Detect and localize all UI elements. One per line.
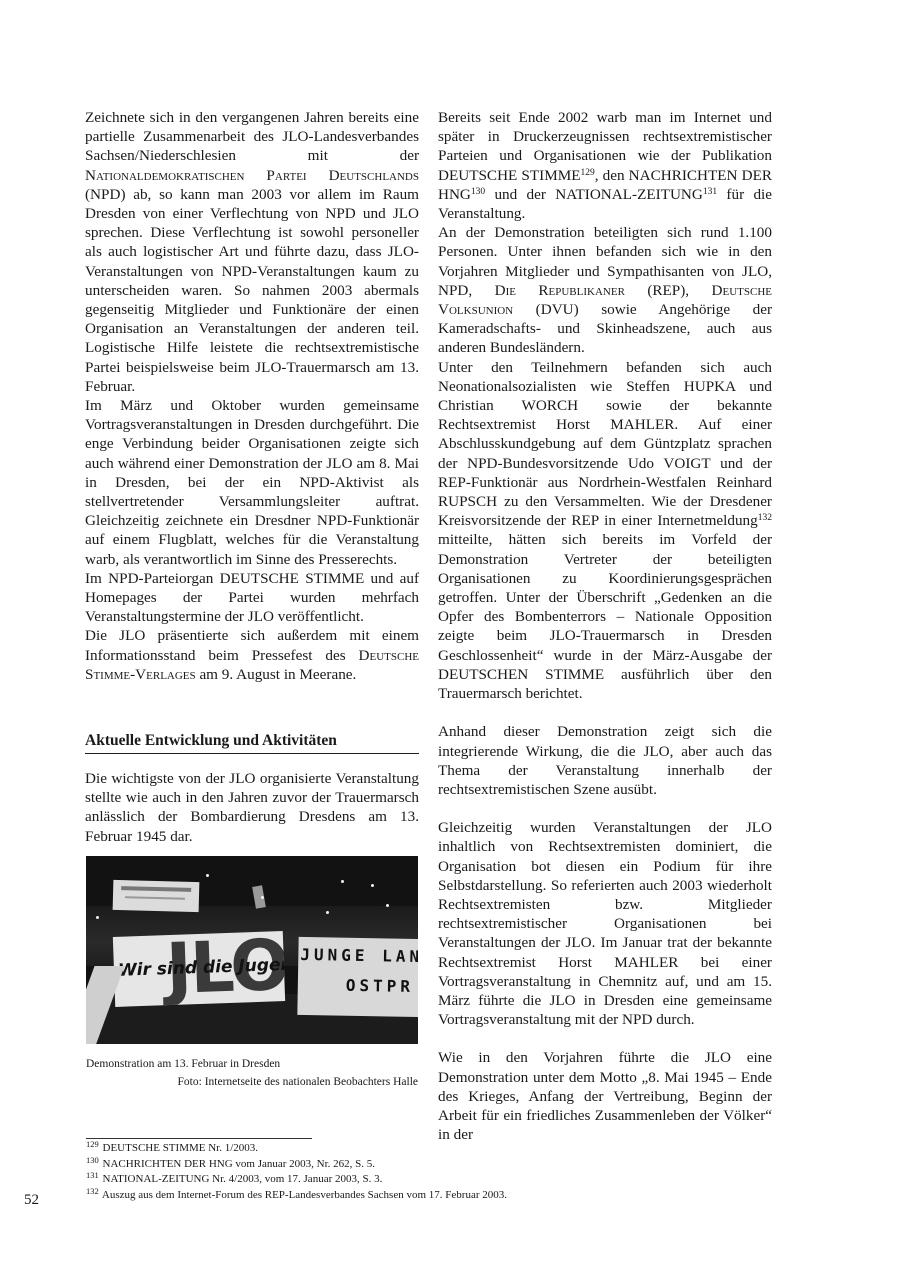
paragraph: Unter den Teilnehmern befanden sich auch… bbox=[438, 358, 772, 704]
footnote-ref[interactable]: 131 bbox=[703, 187, 717, 197]
photo-credit: Foto: Internetseite des nationalen Beoba… bbox=[86, 1075, 418, 1089]
banner-jlo: JLO Wir sind die Jugend! bbox=[113, 931, 285, 1007]
light-dot bbox=[206, 874, 209, 877]
paragraph: An der Demonstration beteiligten sich ru… bbox=[438, 223, 772, 357]
paragraph: Bereits seit Ende 2002 warb man im Inter… bbox=[438, 108, 772, 223]
paragraph: Gleichzeitig wurden Veranstaltungen der … bbox=[438, 818, 772, 1029]
footnote-text: NACHRICHTEN DER HNG vom Januar 2003, Nr.… bbox=[103, 1158, 376, 1170]
section-intro-paragraph: Die wichtigste von der JLO organisierte … bbox=[85, 769, 419, 846]
right-column: Bereits seit Ende 2002 warb man im Inter… bbox=[438, 108, 772, 1144]
paragraph: Zeichnete sich in den vergangenen Jahren… bbox=[85, 108, 419, 396]
light-dot bbox=[341, 880, 344, 883]
text-run: (REP), bbox=[625, 282, 712, 299]
light-dot bbox=[371, 884, 374, 887]
footnote-text: Auszug aus dem Internet-Forum des REP-La… bbox=[102, 1189, 507, 1201]
banner-right-line1: JUNGE LAN bbox=[300, 945, 418, 966]
banner-right-line2: OSTPR bbox=[346, 976, 414, 996]
footnote-text: DEUTSCHE STIMME Nr. 1/2003. bbox=[103, 1142, 259, 1154]
light-dot bbox=[96, 916, 99, 919]
footnote-number: 129 bbox=[86, 1139, 99, 1149]
paragraph: Anhand dieser Demonstration zeigt sich d… bbox=[438, 722, 772, 799]
placard-sign bbox=[113, 880, 200, 912]
text-run: Zeichnete sich in den vergangenen Jahren… bbox=[85, 109, 419, 164]
footnote-number: 131 bbox=[86, 1170, 99, 1180]
footnote-ref[interactable]: 132 bbox=[758, 513, 772, 523]
banner-junge-landsmannschaft: JUNGE LAN OSTPR bbox=[297, 937, 418, 1017]
text-run: Unter den Teilnehmern befanden sich auch… bbox=[438, 359, 772, 530]
demonstration-photo: JLO Wir sind die Jugend! JUNGE LAN OSTPR bbox=[86, 856, 418, 1044]
footnote: 129 DEUTSCHE STIMME Nr. 1/2003. bbox=[86, 1141, 606, 1157]
party-name-smallcaps: Die Republikaner bbox=[495, 282, 625, 299]
footnote-number: 132 bbox=[86, 1186, 99, 1196]
page-number: 52 bbox=[24, 1191, 39, 1209]
paragraph: Im NPD-Parteiorgan DEUTSCHE STIMME und a… bbox=[85, 569, 419, 627]
paragraph: Die JLO präsentierte sich außerdem mit e… bbox=[85, 626, 419, 684]
left-column: Zeichnete sich in den vergangenen Jahren… bbox=[85, 108, 419, 684]
text-run: und der NATIONAL-ZEITUNG bbox=[485, 186, 703, 203]
paragraph: Wie in den Vorjahren führte die JLO eine… bbox=[438, 1048, 772, 1144]
footnotes: 129 DEUTSCHE STIMME Nr. 1/2003. 130 NACH… bbox=[86, 1141, 606, 1203]
text-run: am 9. August in Meerane. bbox=[196, 666, 357, 683]
footnote: 131 NATIONAL-ZEITUNG Nr. 4/2003, vom 17.… bbox=[86, 1172, 606, 1188]
text-run: (NPD) ab, so kann man 2003 vor allem im … bbox=[85, 186, 419, 395]
footnote-ref[interactable]: 129 bbox=[580, 168, 594, 178]
party-name-smallcaps: Nationaldemokratischen Partei Deutschlan… bbox=[85, 167, 419, 184]
footnote-number: 130 bbox=[86, 1155, 99, 1165]
footnote-ref[interactable]: 130 bbox=[471, 187, 485, 197]
photo-caption: Demonstration am 13. Februar in Dresden bbox=[86, 1057, 418, 1071]
light-dot bbox=[326, 911, 329, 914]
section-heading: Aktuelle Entwicklung und Aktivitäten bbox=[85, 731, 419, 754]
footnote: 130 NACHRICHTEN DER HNG vom Januar 2003,… bbox=[86, 1157, 606, 1173]
paragraph: Im März und Oktober wurden gemeinsame Vo… bbox=[85, 396, 419, 569]
footnote-text: NATIONAL-ZEITUNG Nr. 4/2003, vom 17. Jan… bbox=[103, 1173, 383, 1185]
footnote: 132 Auszug aus dem Internet-Forum des RE… bbox=[86, 1188, 606, 1204]
text-run: mitteilte, hätten sich bereits im Vorfel… bbox=[438, 531, 772, 702]
light-dot bbox=[261, 896, 264, 899]
light-dot bbox=[386, 904, 389, 907]
footnote-separator bbox=[86, 1138, 312, 1139]
